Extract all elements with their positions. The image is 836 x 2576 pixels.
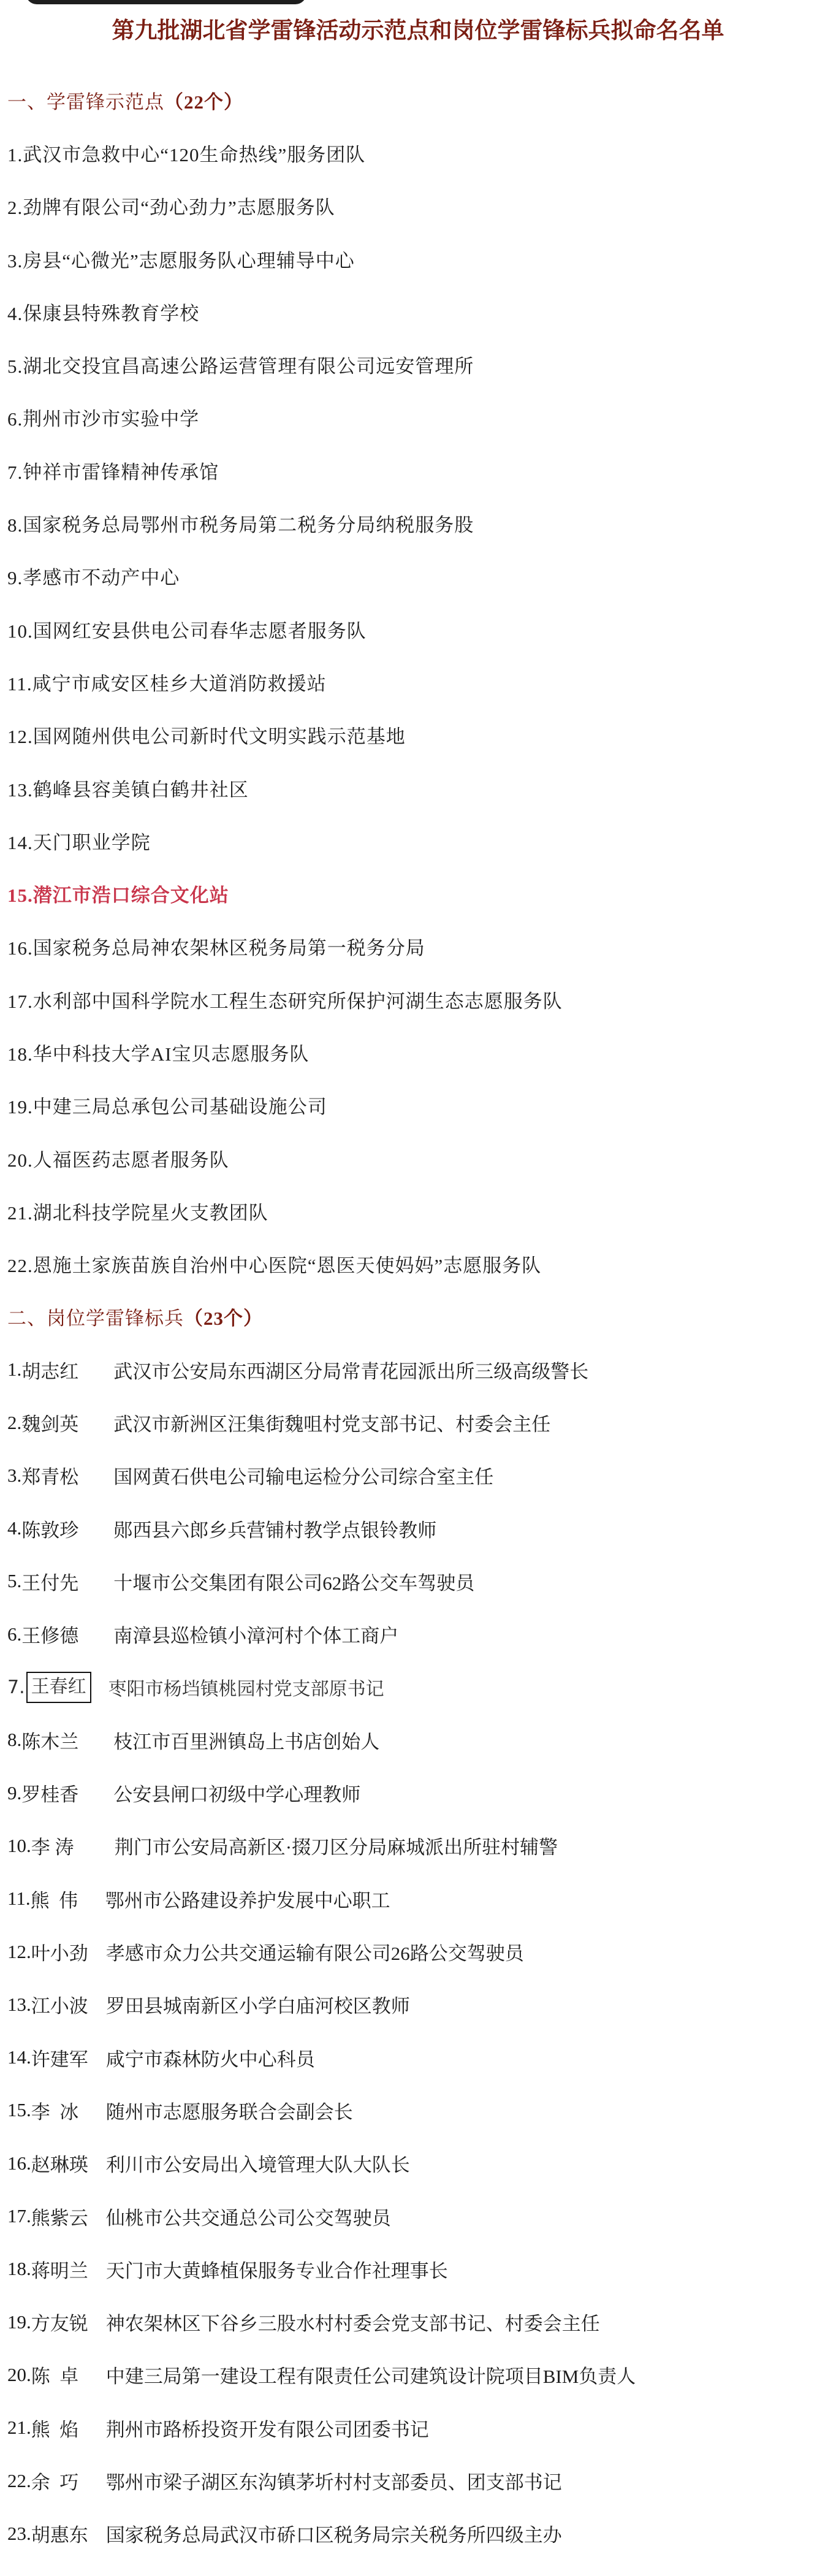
section-title: 一、学雷锋示范点 bbox=[7, 86, 164, 114]
list-item: 13.鹤峰县容美镇白鹤井社区 bbox=[0, 761, 836, 814]
list-item: 21.湖北科技学院星火支教团队 bbox=[0, 1184, 836, 1237]
person-row: 13.江小波罗田县城南新区小学白庙河校区教师 bbox=[0, 1978, 836, 2031]
person-name-boxed: 王春红 bbox=[26, 1672, 91, 1703]
person-row: 15.李 冰随州市志愿服务联合会副会长 bbox=[0, 2084, 836, 2136]
person-description: 十堰市公交集团有限公司62路公交车驾驶员 bbox=[113, 1568, 474, 1595]
person-name: 李 冰 bbox=[31, 2097, 97, 2124]
top-overlay-bar bbox=[26, 0, 306, 4]
person-row: 23.胡惠东国家税务总局武汉市硚口区税务局宗关税务所四级主办 bbox=[0, 2507, 836, 2560]
person-description: 南漳县巡检镇小漳河村个体工商户 bbox=[113, 1620, 398, 1648]
person-name: 胡惠东 bbox=[31, 2520, 97, 2547]
person-description: 枣阳市杨垱镇桃园村党支部原书记 bbox=[108, 1674, 384, 1701]
person-row: 9.罗桂香公安县闸口初级中学心理教师 bbox=[0, 1767, 836, 1820]
person-row: 11.熊 伟鄂州市公路建设养护发展中心职工 bbox=[0, 1872, 836, 1925]
person-name: 赵琳瑛 bbox=[31, 2149, 97, 2177]
person-name: 熊紫云 bbox=[31, 2203, 97, 2230]
person-row: 12.叶小劲孝感市众力公共交通运输有限公司26路公交驾驶员 bbox=[0, 1925, 836, 1978]
list-item: 11.咸宁市咸安区桂乡大道消防救援站 bbox=[0, 655, 836, 708]
list-item: 17.水利部中国科学院水工程生态研究所保护河湖生态志愿服务队 bbox=[0, 973, 836, 1026]
person-description: 国网黄石供电公司输电运检分公司综合室主任 bbox=[113, 1461, 493, 1489]
person-number: 10. bbox=[7, 1835, 31, 1857]
person-number: 20. bbox=[7, 2364, 31, 2386]
list-item: 16.国家税务总局神农架林区税务局第一税务分局 bbox=[0, 920, 836, 973]
person-name: 魏剑英 bbox=[21, 1409, 96, 1436]
person-description: 武汉市公安局东西湖区分局常青花园派出所三级高级警长 bbox=[113, 1356, 588, 1384]
person-description: 公安县闸口初级中学心理教师 bbox=[113, 1779, 360, 1807]
person-number: 18. bbox=[7, 2258, 31, 2280]
list-item: 6.荆州市沙市实验中学 bbox=[0, 391, 836, 444]
list-item: 9.孝感市不动产中心 bbox=[0, 550, 836, 603]
list-item: 4.保康县特殊教育学校 bbox=[0, 285, 836, 338]
person-name: 李 涛 bbox=[31, 1832, 97, 1859]
person-name: 罗桂香 bbox=[21, 1779, 96, 1807]
person-description: 咸宁市森林防火中心科员 bbox=[106, 2044, 315, 2071]
list-item: 10.国网红安县供电公司春华志愿者服务队 bbox=[0, 603, 836, 655]
person-number: 2. bbox=[7, 1412, 21, 1434]
person-number: 8. bbox=[7, 1729, 21, 1751]
person-number: 12. bbox=[7, 1941, 31, 1963]
person-number: 22. bbox=[7, 2470, 31, 2492]
person-name: 陈木兰 bbox=[21, 1726, 96, 1754]
person-number: 17. bbox=[7, 2205, 31, 2227]
person-description: 国家税务总局武汉市硚口区税务局宗关税务所四级主办 bbox=[106, 2520, 562, 2547]
list-item-highlighted: 15.潜江市浩口综合文化站 bbox=[0, 867, 836, 920]
person-description: 罗田县城南新区小学白庙河校区教师 bbox=[106, 1991, 410, 2018]
person-row: 19.方友锐神农架林区下谷乡三股水村村委会党支部书记、村委会主任 bbox=[0, 2295, 836, 2348]
person-name: 许建军 bbox=[31, 2044, 97, 2071]
person-row-boxed: 7.王春红枣阳市杨垱镇桃园村党支部原书记 bbox=[0, 1661, 836, 1713]
person-name: 陈 卓 bbox=[31, 2361, 97, 2388]
section-header-model-workers: 二、岗位学雷锋标兵（23个） bbox=[0, 1290, 836, 1343]
person-number: 7. bbox=[7, 1677, 25, 1698]
person-row: 21.熊 焰荆州市路桥投资开发有限公司团委书记 bbox=[0, 2401, 836, 2454]
person-name: 陈敦珍 bbox=[21, 1515, 96, 1542]
person-row: 6.王修德南漳县巡检镇小漳河村个体工商户 bbox=[0, 1608, 836, 1661]
person-row: 20.陈 卓中建三局第一建设工程有限责任公司建筑设计院项目BIM负责人 bbox=[0, 2349, 836, 2401]
person-row: 17.熊紫云仙桃市公共交通总公司公交驾驶员 bbox=[0, 2190, 836, 2243]
person-description: 枝江市百里洲镇岛上书店创始人 bbox=[113, 1726, 379, 1754]
person-name: 余 巧 bbox=[31, 2467, 97, 2494]
person-row: 4.陈敦珍郧西县六郎乡兵营铺村教学点银铃教师 bbox=[0, 1502, 836, 1555]
section-header-demo-sites: 一、学雷锋示范点（22个） bbox=[0, 74, 836, 126]
person-number: 15. bbox=[7, 2099, 31, 2121]
list-item: 22.恩施土家族苗族自治州中心医院“恩医天使妈妈”志愿服务队 bbox=[0, 1238, 836, 1290]
person-description: 神农架林区下谷乡三股水村村委会党支部书记、村委会主任 bbox=[106, 2308, 600, 2336]
person-name: 熊 伟 bbox=[31, 1885, 97, 1913]
list-item: 14.天门职业学院 bbox=[0, 814, 836, 867]
list-item: 3.房县“心微光”志愿服务队心理辅导中心 bbox=[0, 232, 836, 285]
list-item: 12.国网随州供电公司新时代文明实践示范基地 bbox=[0, 709, 836, 761]
person-number: 9. bbox=[7, 1782, 21, 1804]
section-title: 二、岗位学雷锋标兵 bbox=[7, 1303, 184, 1330]
section-count: （22个） bbox=[164, 86, 243, 114]
person-description: 鄂州市梁子湖区东沟镇茅圻村村支部委员、团支部书记 bbox=[106, 2467, 562, 2494]
person-row: 3.郑青松国网黄石供电公司输电运检分公司综合室主任 bbox=[0, 1449, 836, 1502]
person-description: 武汉市新洲区汪集街魏咀村党支部书记、村委会主任 bbox=[113, 1409, 550, 1436]
list-item: 1.武汉市急救中心“120生命热线”服务团队 bbox=[0, 126, 836, 179]
person-number: 3. bbox=[7, 1465, 21, 1487]
person-name: 王修德 bbox=[21, 1620, 96, 1648]
person-row: 22.余 巧鄂州市梁子湖区东沟镇茅圻村村支部委员、团支部书记 bbox=[0, 2454, 836, 2507]
person-name: 方友锐 bbox=[31, 2308, 97, 2336]
person-row: 1.胡志红武汉市公安局东西湖区分局常青花园派出所三级高级警长 bbox=[0, 1343, 836, 1396]
person-description: 荆门市公安局高新区·掇刀区分局麻城派出所驻村辅警 bbox=[115, 1832, 558, 1859]
person-row: 14.许建军咸宁市森林防火中心科员 bbox=[0, 2031, 836, 2084]
person-number: 4. bbox=[7, 1517, 21, 1539]
person-number: 13. bbox=[7, 1994, 31, 2016]
list-item: 5.湖北交投宜昌高速公路运营管理有限公司远安管理所 bbox=[0, 338, 836, 391]
list-item: 7.钟祥市雷锋精神传承馆 bbox=[0, 444, 836, 497]
person-number: 6. bbox=[7, 1623, 21, 1645]
list-item: 20.人福医药志愿者服务队 bbox=[0, 1132, 836, 1184]
person-description: 孝感市众力公共交通运输有限公司26路公交驾驶员 bbox=[106, 1938, 524, 1965]
person-description: 天门市大黄蜂植保服务专业合作社理事长 bbox=[106, 2255, 448, 2283]
person-row: 10.李 涛荆门市公安局高新区·掇刀区分局麻城派出所驻村辅警 bbox=[0, 1820, 836, 1872]
person-name: 胡志红 bbox=[21, 1356, 96, 1384]
list-item: 8.国家税务总局鄂州市税务局第二税务分局纳税服务股 bbox=[0, 497, 836, 549]
page-title: 第九批湖北省学雷锋活动示范点和岗位学雷锋标兵拟命名名单 bbox=[0, 18, 836, 44]
person-name: 叶小劲 bbox=[31, 1938, 97, 1965]
person-description: 荆州市路桥投资开发有限公司团委书记 bbox=[106, 2414, 429, 2442]
list-item: 18.华中科技大学AI宝贝志愿服务队 bbox=[0, 1026, 836, 1078]
person-description: 利川市公安局出入境管理大队大队长 bbox=[106, 2149, 410, 2177]
person-number: 14. bbox=[7, 2046, 31, 2068]
person-row: 2.魏剑英武汉市新洲区汪集街魏咀村党支部书记、村委会主任 bbox=[0, 1396, 836, 1449]
person-number: 5. bbox=[7, 1570, 21, 1592]
person-description: 中建三局第一建设工程有限责任公司建筑设计院项目BIM负责人 bbox=[106, 2361, 636, 2388]
person-description: 随州市志愿服务联合会副会长 bbox=[106, 2097, 353, 2124]
person-name: 江小波 bbox=[31, 1991, 97, 2018]
list-item: 19.中建三局总承包公司基础设施公司 bbox=[0, 1079, 836, 1132]
person-description: 鄂州市公路建设养护发展中心职工 bbox=[105, 1885, 390, 1913]
person-number: 21. bbox=[7, 2417, 31, 2439]
person-name: 王付先 bbox=[21, 1568, 96, 1595]
person-number: 23. bbox=[7, 2523, 31, 2545]
person-number: 1. bbox=[7, 1358, 21, 1381]
person-row: 16.赵琳瑛利川市公安局出入境管理大队大队长 bbox=[0, 2137, 836, 2190]
person-row: 8.陈木兰枝江市百里洲镇岛上书店创始人 bbox=[0, 1713, 836, 1766]
person-number: 16. bbox=[7, 2152, 31, 2174]
person-name: 郑青松 bbox=[21, 1461, 96, 1489]
document-body: 一、学雷锋示范点（22个） 1.武汉市急救中心“120生命热线”服务团队 2.劲… bbox=[0, 74, 836, 2560]
person-row: 5.王付先十堰市公交集团有限公司62路公交车驾驶员 bbox=[0, 1555, 836, 1607]
person-number: 19. bbox=[7, 2311, 31, 2333]
person-description: 仙桃市公共交通总公司公交驾驶员 bbox=[106, 2203, 391, 2230]
person-description: 郧西县六郎乡兵营铺村教学点银铃教师 bbox=[113, 1515, 436, 1542]
person-number: 11. bbox=[7, 1888, 31, 1910]
person-name: 熊 焰 bbox=[31, 2414, 97, 2442]
section-count: （23个） bbox=[184, 1303, 263, 1330]
person-row: 18.蒋明兰天门市大黄蜂植保服务专业合作社理事长 bbox=[0, 2243, 836, 2295]
person-name: 蒋明兰 bbox=[31, 2255, 97, 2283]
list-item: 2.劲牌有限公司“劲心劲力”志愿服务队 bbox=[0, 180, 836, 232]
